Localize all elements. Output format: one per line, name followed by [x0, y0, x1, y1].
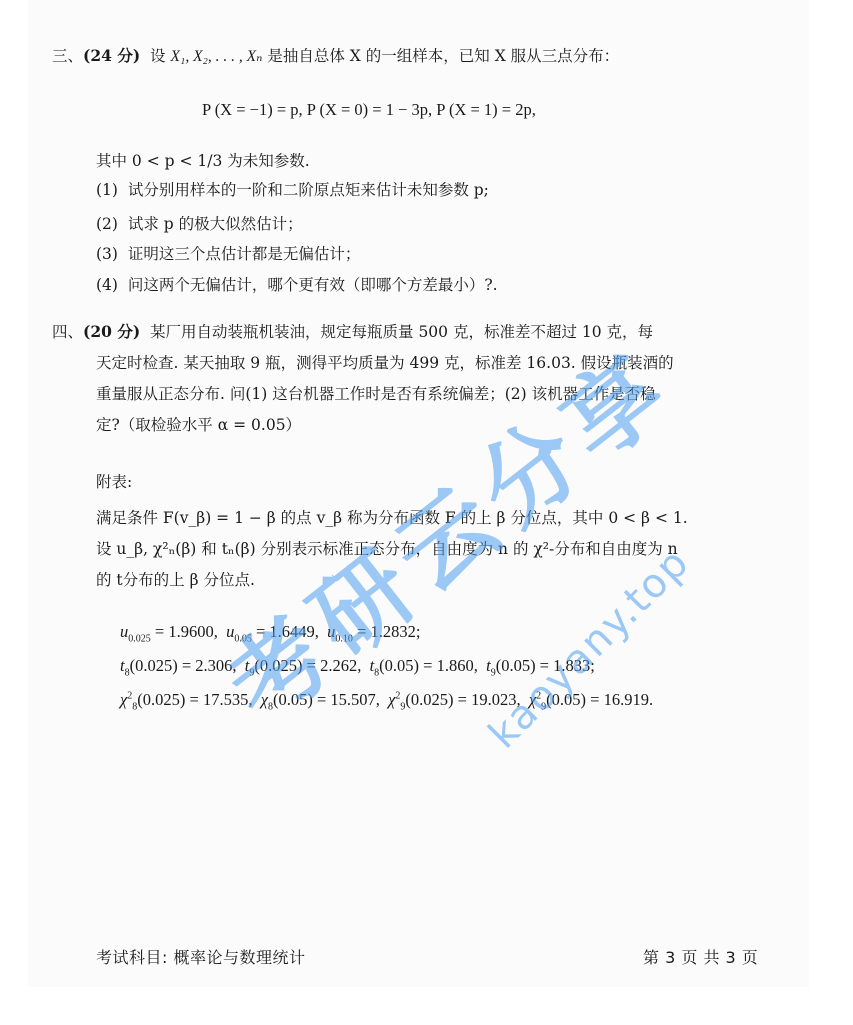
t-entry: t8(0.025) = 2.306	[120, 656, 232, 675]
chi-entry: χ8(0.05) = 15.507	[261, 690, 376, 709]
problem3-part-3: (3) 证明这三个点估计都是无偏估计；	[96, 244, 360, 264]
problem3-condition: 其中 0 < p < 1/3 为未知参数.	[96, 151, 310, 171]
chi-entry: χ28(0.025) = 17.535	[120, 690, 248, 709]
appendix-line-2: 设 u_β, χ²ₙ(β) 和 tₙ(β) 分别表示标准正态分布，自由度为 n …	[96, 539, 678, 559]
appendix-line-3: 的 t分布的上 β 分位点.	[96, 570, 255, 590]
appendix-title: 附表:	[96, 472, 132, 492]
problem3-number: 三、	[52, 47, 83, 65]
problem3-part-1: (1) 试分别用样本的一阶和二阶原点矩来估计未知参数 p;	[96, 180, 489, 200]
table-t-row: t8(0.025) = 2.306, t9(0.025) = 2.262, t8…	[120, 656, 595, 676]
u-entry: u0.10 = 1.2832	[327, 622, 416, 641]
problem3-sample: X₁, X₂, . . . , Xₙ	[170, 48, 262, 65]
problem3-part-2: (2) 试求 p 的极大似然估计；	[96, 214, 303, 234]
problem4-line-1: 四、(20 分) 某厂用自动装瓶机装油，规定每瓶质量 500 克，标准差不超过 …	[52, 322, 653, 342]
t-entry: t9(0.025) = 2.262	[245, 656, 357, 675]
part-text: 问这两个无偏估计，哪个更有效（即哪个方差最小）?.	[128, 276, 498, 294]
u-entry: u0.05 = 1.6449	[226, 622, 315, 641]
part-text: 证明这三个点估计都是无偏估计；	[128, 245, 361, 263]
problem3-part-4: (4) 问这两个无偏估计，哪个更有效（即哪个方差最小）?.	[96, 275, 498, 295]
problem4-line-2: 天定时检查. 某天抽取 9 瓶，测得平均质量为 499 克，标准差 16.03.…	[96, 353, 674, 373]
problem3-distribution: P (X = −1) = p, P (X = 0) = 1 − 3p, P (X…	[202, 100, 536, 120]
table-chi-row: χ28(0.025) = 17.535, χ8(0.05) = 15.507, …	[120, 690, 653, 710]
table-u-row: u0.025 = 1.9600, u0.05 = 1.6449, u0.10 =…	[120, 622, 420, 642]
problem4-text: 某厂用自动装瓶机装油，规定每瓶质量 500 克，标准差不超过 10 克，每	[150, 323, 653, 341]
problem4-points: (20 分)	[83, 322, 140, 341]
problem3-header: 三、(24 分) 设 X₁, X₂, . . . , Xₙ 是抽自总体 X 的一…	[52, 46, 619, 67]
footer-page-number: 第 3 页 共 3 页	[643, 945, 758, 968]
problem4-number: 四、	[52, 323, 83, 341]
part-text: 试分别用样本的一阶和二阶原点矩来估计未知参数 p;	[128, 181, 489, 199]
exam-page	[28, 0, 809, 987]
problem4-line-4: 定?（取检验水平 α = 0.05）	[96, 415, 301, 435]
u-entry: u0.025 = 1.9600	[120, 622, 214, 641]
chi-entry: χ29(0.05) = 16.919	[529, 690, 649, 709]
t-entry: t9(0.05) = 1.833	[486, 656, 590, 675]
part-label: (4)	[96, 276, 118, 294]
part-label: (1)	[96, 181, 118, 199]
problem4-line-3: 重量服从正态分布. 问(1) 这台机器工作时是否有系统偏差；(2) 该机器工作是…	[96, 384, 656, 404]
chi-entry: χ29(0.025) = 19.023	[388, 690, 516, 709]
problem3-intro-post: 是抽自总体 X 的一组样本，已知 X 服从三点分布：	[267, 47, 619, 65]
problem3-intro-pre: 设	[150, 47, 166, 65]
problem3-points: (24 分)	[83, 46, 140, 65]
part-text: 试求 p 的极大似然估计；	[128, 215, 303, 233]
appendix-line-1: 满足条件 F(v_β) = 1 − β 的点 v_β 称为分布函数 F 的上 β…	[96, 508, 688, 528]
t-entry: t8(0.05) = 1.860	[370, 656, 474, 675]
footer-subject: 考试科目: 概率论与数理统计	[96, 945, 305, 968]
part-label: (2)	[96, 215, 118, 233]
part-label: (3)	[96, 245, 118, 263]
